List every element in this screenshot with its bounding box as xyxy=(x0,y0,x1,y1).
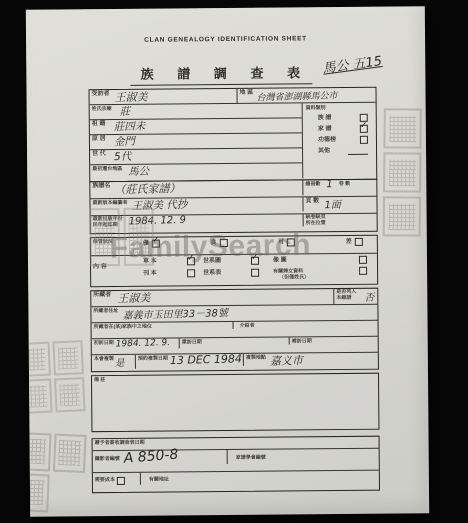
checkbox-family-register xyxy=(360,125,368,133)
category-option-label: 其他 xyxy=(318,148,330,155)
volumes-value: 1 xyxy=(326,179,333,190)
copy-value: 是 xyxy=(115,355,125,369)
content-note: （但僅姓氏） xyxy=(273,275,367,281)
genealogy-name-label: 族譜名 xyxy=(92,183,110,190)
identification-table: 受訪者 王淑美 地 區 台灣省澎湖縣馬公市 姓氏宗廟 莊 祖 籍 莊四未 xyxy=(88,87,377,183)
related-label: 有關地址 xyxy=(149,477,169,483)
society-number-label: 家譜學會編號 xyxy=(236,455,266,461)
checkbox-poor xyxy=(355,238,363,246)
copy-place-label: 複製地點 xyxy=(246,355,266,361)
genealogy-name-value: （莊氏家譜） xyxy=(114,180,180,198)
microfilm-value: 否 xyxy=(364,289,374,304)
category-option-label: 功德榜 xyxy=(318,137,336,144)
receipt-label: 贈予者簽收調查表日期 xyxy=(95,440,145,446)
ancestral-home-label: 祖 籍 xyxy=(92,121,106,128)
generations-value: 5代 xyxy=(114,149,132,164)
address-label: 所藏者住址 xyxy=(93,308,118,314)
copy-place-value: 嘉义市 xyxy=(270,352,303,369)
keeper-label: 所藏者 xyxy=(93,292,111,299)
checkbox-portraits xyxy=(359,256,367,264)
seal-stamp-center xyxy=(90,208,155,267)
copy-date-value: 13 DEC 1984 xyxy=(170,352,242,367)
first-visit-value: 1984. 12. 9. xyxy=(116,338,171,349)
photo-number-value: A 850-8 xyxy=(123,447,179,467)
followup-label: 補訪日期 xyxy=(292,338,312,344)
remarks-box: 備 註 xyxy=(91,373,379,433)
content-option-label: 世系表 xyxy=(203,270,221,277)
owner-table: 所藏者 王淑美 是否列入 本縮譜 否 所藏者住址 嘉義市玉田里33－38號 xyxy=(90,288,379,373)
fascicles-label: 卷 數 xyxy=(339,181,350,187)
checkbox-cost xyxy=(117,477,125,485)
status-option-label: 差 xyxy=(346,238,352,245)
volumes-label: 總冊數 xyxy=(305,181,320,187)
photo-number-label: 攝影者編號 xyxy=(95,456,120,462)
form-paper: CLAN GENEALOGY IDENTIFICATION SHEET 族 譜 … xyxy=(26,6,429,516)
footer-table: 贈予者簽收調查表日期 攝影者編號 A 850-8 家譜學會編號 需要成本 xyxy=(92,436,380,494)
position-label: 所藏者在(某)家族中之地位 xyxy=(94,324,152,331)
address-value: 嘉義市玉田里33－38號 xyxy=(122,304,228,322)
category-label: 資料類別 xyxy=(306,105,376,112)
ancestral-home-value: 莊四未 xyxy=(113,118,145,134)
checkbox-merit-board xyxy=(360,136,368,144)
copy-date-label: 預約複製日期 xyxy=(138,356,168,362)
remarks-label: 備 註 xyxy=(94,377,105,383)
content-option-label: 刊 本 xyxy=(143,270,157,277)
scanner-background: CLAN GENEALOGY IDENTIFICATION SHEET 族 譜 … xyxy=(0,0,468,523)
former-residence-value: 金門 xyxy=(113,134,134,150)
checkbox-printed xyxy=(187,269,195,277)
clan-label: 姓氏宗廟 xyxy=(92,106,112,112)
category-option-label: 族 譜 xyxy=(318,115,332,122)
pages-value: 1面 xyxy=(324,196,341,211)
first-visit-label: 初訪日期 xyxy=(94,340,114,346)
other-blank-line xyxy=(348,147,368,155)
introducer-label: 介紹者 xyxy=(240,323,255,329)
checkbox-female-data xyxy=(359,267,367,275)
interviewee-label: 受訪者 xyxy=(92,91,110,98)
cost-label: 需要成本 xyxy=(95,477,115,483)
first-migration-value: 馬公 xyxy=(128,163,149,179)
category-option-label: 家 譜 xyxy=(318,126,332,133)
area-label: 地 區 xyxy=(240,90,254,97)
seal-stamp-left-lower xyxy=(26,432,87,514)
interviewee-value: 王淑美 xyxy=(114,88,147,105)
clan-value: 莊 xyxy=(120,104,131,119)
former-residence-label: 原 居 xyxy=(92,136,106,143)
area-value: 台灣省澎湖縣馬公市 xyxy=(256,88,337,103)
copy-label: 本會複製 xyxy=(94,356,114,362)
pages-label: 頁 數 xyxy=(305,198,319,205)
seal-stamp-right xyxy=(383,108,422,236)
first-migration-label: 最初遷台地區 xyxy=(92,166,122,172)
checkbox-lineage-table xyxy=(251,269,259,277)
seal-stamp-left-upper xyxy=(26,340,86,414)
revisit-label: 重訪日期 xyxy=(182,339,202,345)
english-header: CLAN GENEALOGY IDENTIFICATION SHEET xyxy=(26,34,425,44)
compiler-label: 最新版本編纂者 xyxy=(92,200,127,206)
keeper-value: 王淑美 xyxy=(117,289,150,306)
generations-label: 世 代 xyxy=(92,151,106,158)
